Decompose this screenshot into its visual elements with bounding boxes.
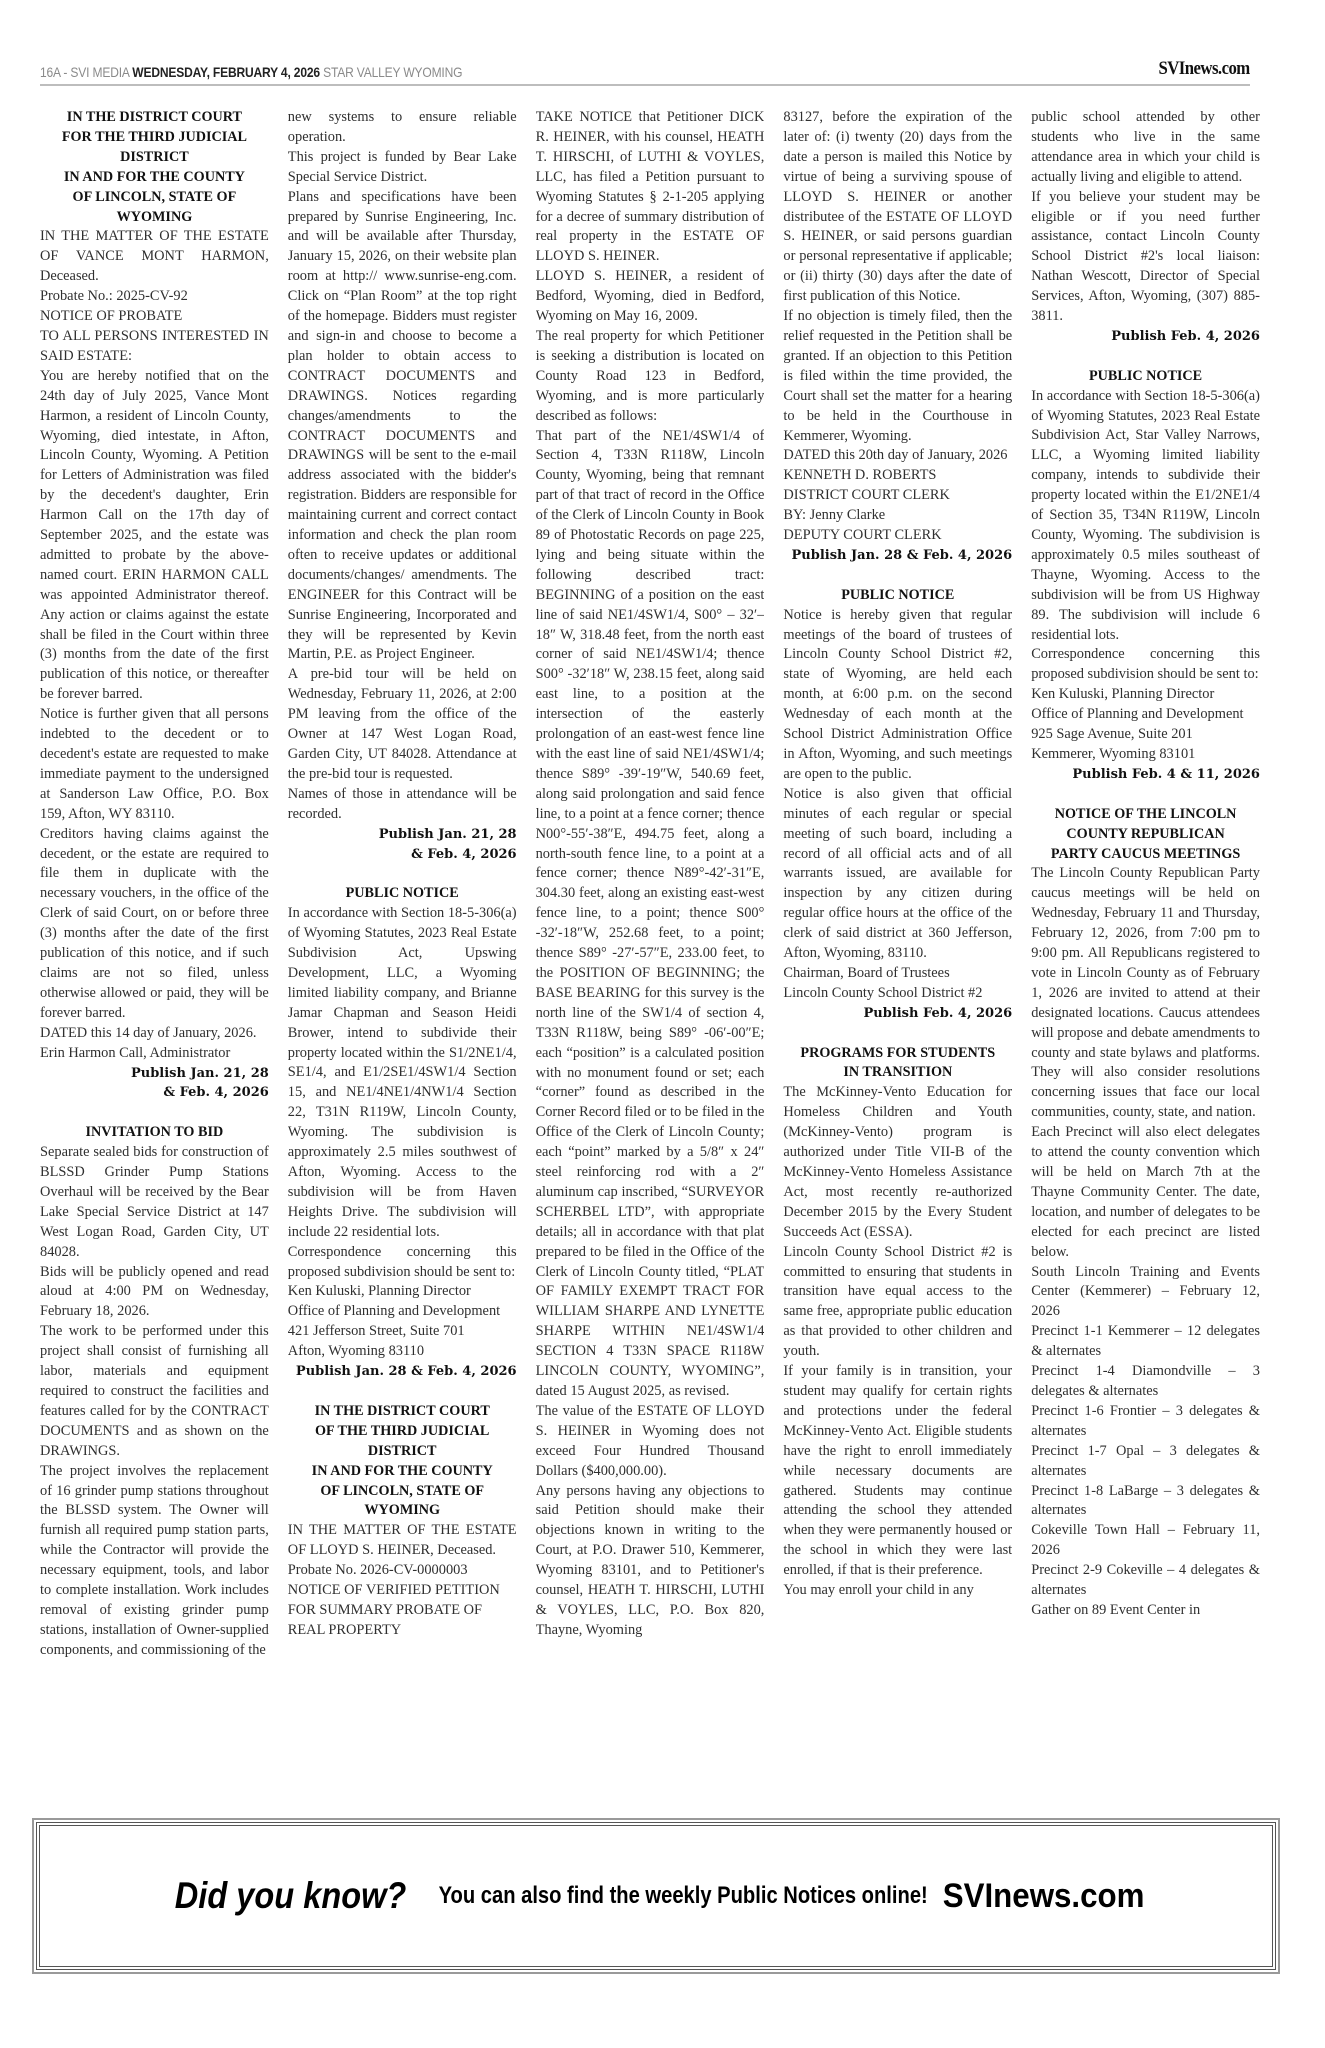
notice-paragraph: Creditors having claims against the dece… — [40, 825, 269, 1024]
publish-dates: Publish Feb. 4, 2026 — [1031, 327, 1260, 347]
notice-paragraph: Names of those in attendance will be rec… — [288, 785, 517, 825]
notice-paragraph: LLOYD S. HEINER, a resident of Bedford, … — [536, 267, 765, 327]
promo-banner: Did you know? You can also find the week… — [36, 1822, 1276, 1970]
notice-paragraph: If you believe your student may be eligi… — [1031, 188, 1260, 327]
notice-heading-students-in-transition: PROGRAMS FOR STUDENTSIN TRANSITION — [783, 1044, 1012, 1084]
precinct-entry: Precinct 1-8 LaBarge – 3 delegates & alt… — [1031, 1482, 1260, 1522]
column-5: public school attended by other students… — [1031, 108, 1260, 1798]
notice-paragraph: TO ALL PERSONS INTERESTED IN SAID ESTATE… — [40, 327, 269, 367]
notice-paragraph: 83127, before the expiration of the late… — [783, 108, 1012, 307]
notice-paragraph: In accordance with Section 18-5-306(a) o… — [288, 904, 517, 1242]
column-3: TAKE NOTICE that Petitioner DICK R. HEIN… — [536, 108, 765, 1798]
notice-paragraph: The work to be performed under this proj… — [40, 1322, 269, 1461]
notice-contact: Office of Planning and Development — [288, 1302, 517, 1322]
notice-heading-probate-heiner: IN THE DISTRICT COURTOF THE THIRD JUDICI… — [288, 1402, 517, 1521]
notice-heading-invitation-to-bid: INVITATION TO BID — [40, 1123, 269, 1143]
publish-dates: Publish Jan. 21, 28 — [288, 825, 517, 845]
spacer — [288, 864, 517, 884]
caucus-location: Gather on 89 Event Center in — [1031, 1601, 1260, 1621]
notice-paragraph: DATED this 14 day of January, 2026. — [40, 1024, 269, 1044]
notice-paragraph: Notice is hereby given that regular meet… — [783, 606, 1012, 785]
notice-paragraph: A pre-bid tour will be held on Wednesday… — [288, 665, 517, 784]
masthead-info: 16A - SVI MEDIA WEDNESDAY, FEBRUARY 4, 2… — [40, 64, 462, 80]
notice-paragraph: Probate No. 2026-CV-0000003 — [288, 1561, 517, 1581]
column-4: 83127, before the expiration of the late… — [783, 108, 1012, 1798]
notice-paragraph: Probate No.: 2025-CV-92 — [40, 287, 269, 307]
column-1: IN THE DISTRICT COURTFOR THE THIRD JUDIC… — [40, 108, 269, 1798]
notice-paragraph: IN THE MATTER OF THE ESTATE OF LLOYD S. … — [288, 1521, 517, 1561]
precinct-entry: Precinct 1-7 Opal – 3 delegates & altern… — [1031, 1442, 1260, 1482]
notice-paragraph: public school attended by other students… — [1031, 108, 1260, 188]
spacer — [1031, 785, 1260, 805]
notice-paragraph: You may enroll your child in any — [783, 1581, 1012, 1601]
notice-signature: Lincoln County School District #2 — [783, 984, 1012, 1004]
precinct-entry: Precinct 2-9 Cokeville – 4 delegates & a… — [1031, 1561, 1260, 1601]
publish-dates: Publish Jan. 21, 28 — [40, 1064, 269, 1084]
publish-dates: Publish Feb. 4 & 11, 2026 — [1031, 765, 1260, 785]
precinct-entry: Precinct 1-6 Frontier – 3 delegates & al… — [1031, 1402, 1260, 1442]
notice-paragraph: TAKE NOTICE that Petitioner DICK R. HEIN… — [536, 108, 765, 267]
issue-date: WEDNESDAY, FEBRUARY 4, 2026 — [132, 64, 320, 80]
notice-heading-republican-caucus: NOTICE OF THE LINCOLNCOUNTY REPUBLICANPA… — [1031, 805, 1260, 865]
publish-dates: Publish Jan. 28 & Feb. 4, 2026 — [783, 546, 1012, 566]
publish-dates: & Feb. 4, 2026 — [288, 845, 517, 865]
notice-heading-probate-harmon: IN THE DISTRICT COURTFOR THE THIRD JUDIC… — [40, 108, 269, 227]
notice-paragraph: NOTICE OF PROBATE — [40, 307, 269, 327]
notice-signature: BY: Jenny Clarke — [783, 506, 1012, 526]
spacer — [1031, 347, 1260, 367]
spacer — [783, 1024, 1012, 1044]
publish-dates: & Feb. 4, 2026 — [40, 1083, 269, 1103]
publish-dates: Publish Jan. 28 & Feb. 4, 2026 — [288, 1362, 517, 1382]
column-2: new systems to ensure reliable operation… — [288, 108, 517, 1798]
notice-heading-public-notice: PUBLIC NOTICE — [1031, 367, 1260, 387]
notice-paragraph: Separate sealed bids for construction of… — [40, 1143, 269, 1262]
notice-paragraph: NOTICE OF VERIFIED PETITION FOR SUMMARY … — [288, 1581, 517, 1641]
banner-site-link[interactable]: SVInews.com — [943, 1877, 1145, 1916]
notice-signature: Erin Harmon Call, Administrator — [40, 1044, 269, 1064]
notice-paragraph: If your family is in transition, your st… — [783, 1362, 1012, 1581]
notice-paragraph: Notice is also given that official minut… — [783, 785, 1012, 964]
notice-paragraph: That part of the NE1/4SW1/4 of Section 4… — [536, 427, 765, 1402]
notice-paragraph: The real property for which Petitioner i… — [536, 327, 765, 427]
notice-paragraph: The project involves the replacement of … — [40, 1462, 269, 1661]
precinct-entry: Precinct 1-1 Kemmerer – 12 delegates & a… — [1031, 1322, 1260, 1362]
notice-paragraph: Plans and specifications have been prepa… — [288, 188, 517, 666]
banner-message: You can also find the weekly Public Noti… — [438, 1882, 927, 1910]
notice-paragraph: new systems to ensure reliable operation… — [288, 108, 517, 148]
notice-signature: Chairman, Board of Trustees — [783, 964, 1012, 984]
notice-paragraph: Bids will be publicly opened and read al… — [40, 1263, 269, 1323]
masthead-site-link[interactable]: SVInews.com — [1159, 58, 1250, 80]
spacer — [288, 1382, 517, 1402]
precinct-entry: Precinct 1-4 Diamondville – 3 delegates … — [1031, 1362, 1260, 1402]
notice-paragraph: IN THE MATTER OF THE ESTATE OF VANCE MON… — [40, 227, 269, 287]
notice-heading-public-notice: PUBLIC NOTICE — [288, 884, 517, 904]
notice-paragraph: The Lincoln County Republican Party cauc… — [1031, 864, 1260, 1123]
notice-contact: Kemmerer, Wyoming 83101 — [1031, 745, 1260, 765]
notice-paragraph: Notice is further given that all persons… — [40, 705, 269, 824]
publish-dates: Publish Feb. 4, 2026 — [783, 1004, 1012, 1024]
notice-paragraph: You are hereby notified that on the 24th… — [40, 367, 269, 705]
notice-paragraph: Lincoln County School District #2 is com… — [783, 1243, 1012, 1362]
notice-paragraph: In accordance with Section 18-5-306(a) o… — [1031, 387, 1260, 646]
notice-contact: 925 Sage Avenue, Suite 201 — [1031, 725, 1260, 745]
spacer — [40, 1103, 269, 1123]
banner-did-you-know: Did you know? — [174, 1875, 406, 1917]
notice-signature: DEPUTY COURT CLERK — [783, 526, 1012, 546]
notice-paragraph: Any persons having any objections to sai… — [536, 1482, 765, 1641]
notice-paragraph: If no objection is timely filed, then th… — [783, 307, 1012, 446]
notice-contact: Ken Kuluski, Planning Director — [1031, 685, 1260, 705]
notice-paragraph: Correspondence concerning this proposed … — [1031, 645, 1260, 685]
notice-paragraph: The value of the ESTATE OF LLOYD S. HEIN… — [536, 1402, 765, 1482]
notice-paragraph: The McKinney-Vento Education for Homeles… — [783, 1083, 1012, 1242]
notice-paragraph: This project is funded by Bear Lake Spec… — [288, 148, 517, 188]
notice-heading-public-notice: PUBLIC NOTICE — [783, 586, 1012, 606]
notice-contact: Ken Kuluski, Planning Director — [288, 1282, 517, 1302]
notice-contact: 421 Jefferson Street, Suite 701 — [288, 1322, 517, 1342]
notice-contact: Afton, Wyoming 83110 — [288, 1342, 517, 1362]
notice-signature: DISTRICT COURT CLERK — [783, 486, 1012, 506]
page-section-label: 16A - SVI MEDIA — [40, 64, 129, 80]
page-masthead: 16A - SVI MEDIA WEDNESDAY, FEBRUARY 4, 2… — [40, 56, 1250, 86]
region-label: STAR VALLEY WYOMING — [323, 64, 462, 80]
notice-contact: Office of Planning and Development — [1031, 705, 1260, 725]
caucus-location: South Lincoln Training and Events Center… — [1031, 1263, 1260, 1323]
notice-signature: KENNETH D. ROBERTS — [783, 466, 1012, 486]
notice-paragraph: Correspondence concerning this proposed … — [288, 1243, 517, 1283]
notice-paragraph: DATED this 20th day of January, 2026 — [783, 446, 1012, 466]
notice-columns: IN THE DISTRICT COURTFOR THE THIRD JUDIC… — [40, 108, 1260, 1798]
spacer — [783, 566, 1012, 586]
notice-paragraph: Each Precinct will also elect delegates … — [1031, 1123, 1260, 1262]
caucus-location: Cokeville Town Hall – February 11, 2026 — [1031, 1521, 1260, 1561]
